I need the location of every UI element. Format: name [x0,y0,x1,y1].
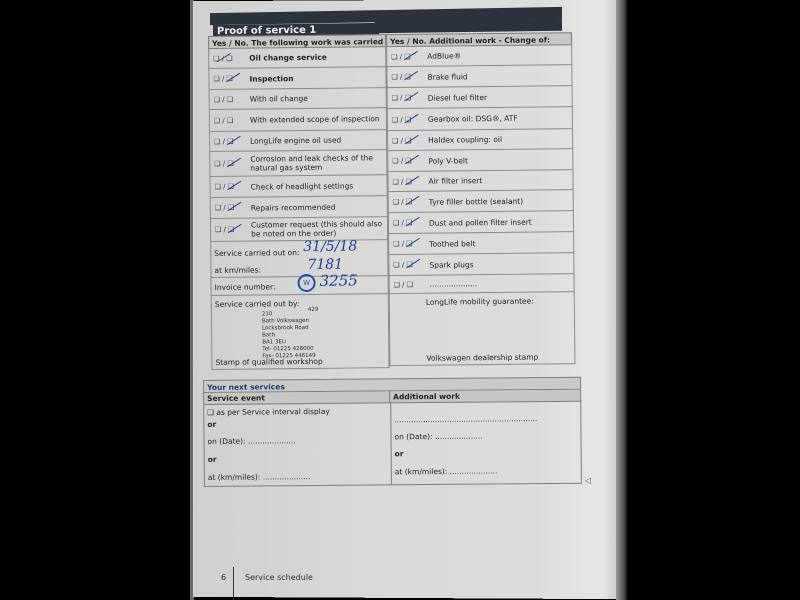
additional-work-item-label: Tyre filler bottle (sealant) [421,196,523,206]
invoice-field[interactable]: Invoice number: W 3255 [211,276,389,296]
invoice-value: 3255 [319,271,357,289]
additional-work-item-label: Toothed belt [421,239,475,249]
additional-work-item-row: ❑ / ❑AdBlue® [386,45,572,67]
work-carried-out-column: Yes / No. The following work was carried… [208,34,389,370]
yes-no-checkbox[interactable]: ❑ / ❑ [214,95,242,103]
service-date-value: 31/5/18 [303,238,357,255]
additional-work-item-row: ❑ / ❑Air filter insert [387,170,573,192]
yes-no-checkbox[interactable]: ❑ / ❑ [391,73,419,81]
footer-divider [233,567,234,600]
additional-work-item-row: ❑ / ❑Diesel fuel filter [387,86,573,109]
yes-no-checkbox[interactable]: ❑ / ❑ [392,115,420,123]
service-date-label: Service carried out on: [214,248,299,258]
work-item-label: Check of headlight settings [243,181,354,191]
carried-out-by-label: Service carried out by: [215,299,300,309]
yes-no-checkbox[interactable]: ❑ / ❑ [392,177,420,185]
additional-work-item-row: ❑ / ❑Spark plugs [388,253,574,276]
yes-no-checkbox[interactable]: ❑ / ❑ [392,136,420,144]
next-km-field[interactable]: at (km/miles): .................... [208,472,311,482]
workshop-stamp-lines: Bath Volkswagen Locksbrook Road Bath BA1… [262,318,316,361]
additional-work-item-row: ❑ / ❑Poly V-belt [387,149,573,172]
yes-no-checkbox[interactable]: ❑ / ❑ [392,94,420,102]
handwritten-tick-icon [222,149,241,167]
additional-work-item-row: ❑ / ❑.................... [389,274,575,294]
yes-no-checkbox[interactable]: ❑ / ❑ [394,280,422,288]
yes-no-checkbox[interactable]: ❑ / ❑ [393,198,421,206]
next-services-table: Your next services Service event Additio… [203,377,582,487]
yes-no-checkbox[interactable]: ❑ / ❑ [213,54,241,62]
work-item-label: LongLife engine oil used [242,136,341,146]
service-date-field[interactable]: Service carried out on: 31/5/18 at km/mi… [210,240,388,278]
dealer-stamp-area: LongLife mobility guarantee: Volkswagen … [389,292,576,366]
longlife-guarantee-label: LongLife mobility guarantee: [426,297,534,307]
work-item-label: With oil change [242,94,308,104]
additional-work-item-label: Dust and pollen filter insert [421,217,532,227]
yes-no-checkbox[interactable]: ❑ / ❑ [213,75,241,83]
stamp-label: Stamp of qualified workshop [215,357,322,367]
or-label: or [208,455,217,464]
additional-work-item-row: ❑ / ❑Brake fluid [386,65,572,88]
additional-work-item-label: Haldex coupling: oil [420,135,502,145]
work-item-label: With extended scope of inspection [242,114,380,124]
additional-work-item-row: ❑ / ❑Toothed belt [388,232,574,255]
additional-work-item-label: Air filter insert [420,176,482,186]
additional-work-item-label: AdBlue® [419,51,461,60]
yes-no-checkbox[interactable]: ❑ / ❑ [393,261,421,269]
additional-work-item-label: .................... [422,279,478,289]
additional-work-field[interactable]: ........................................… [394,414,537,424]
additional-work-cell: ........................................… [391,402,581,485]
stamp-code-right: 429 [308,307,319,314]
or-label: or [395,449,404,458]
additional-work-column: Yes / No. Additional work - Change of: ❑… [386,32,575,366]
work-item-label: Corrosion and leak checks of the natural… [242,153,386,173]
next-services-body: ❑ as per Service interval display or on … [203,402,582,487]
additional-work-item-row: ❑ / ❑Dust and pollen filter insert [388,211,574,234]
page-shadow [616,0,628,600]
additional-work-item-label: Spark plugs [421,260,473,270]
yes-no-checkbox[interactable]: ❑ / ❑ [393,240,421,248]
work-item-row: ❑ / ❑With oil change [209,88,387,110]
work-item-row: ❑ / ❑Inspection [208,67,386,90]
dealer-stamp-label: Volkswagen dealership stamp [426,353,538,363]
work-item-label: Oil change service [241,53,327,63]
page-number: 6 [221,573,226,582]
page-turn-arrow-icon: ◁ [585,476,591,485]
additional-work-item-row: ❑ / ❑Gearbox oil: DSG®, ATF [387,107,573,131]
work-item-label: Repairs recommended [243,202,336,212]
work-item-label: Customer request (this should also be no… [243,219,387,239]
yes-no-checkbox[interactable]: ❑ / ❑ [215,183,243,191]
additional-work-item-label: Gearbox oil: DSG®, ATF [420,114,518,124]
additional-work-header: Additional work [390,391,460,403]
or-label: or [207,420,216,429]
yes-no-checkbox[interactable]: ❑ / ❑ [391,52,419,60]
yes-no-checkbox[interactable]: ❑ / ❑ [393,219,421,227]
invoice-label: Invoice number: [215,282,276,292]
vw-logo-stamp-icon: W [297,274,315,292]
workshop-stamp-area: Service carried out by: 210 429 Bath Vol… [211,294,390,370]
yes-no-checkbox[interactable]: ❑ / ❑ [392,157,420,165]
yes-no-checkbox[interactable]: ❑ / ❑ [214,116,242,124]
handwritten-tick-icon [222,215,241,233]
km-label: at km/miles: [214,265,261,274]
additional-work-item-label: Poly V-belt [420,156,468,165]
next-date-field[interactable]: on (Date): .................... [207,436,295,446]
additional-km-field[interactable]: at (km/miles): .................... [395,466,498,476]
footer-section-title: Service schedule [245,573,313,582]
work-item-row: ❑ / ❑Customer request (this should also … [210,217,388,242]
interval-display-option[interactable]: ❑ as per Service interval display [207,407,330,417]
additional-work-item-row: ❑ / ❑Haldex coupling: oil [387,129,573,151]
stamp-line: Locksbrook Road [262,325,315,333]
additional-work-item-row: ❑ / ❑Tyre filler bottle (sealant) [388,190,574,213]
yes-no-checkbox[interactable]: ❑ / ❑ [215,226,243,234]
work-item-label: Inspection [241,74,293,84]
yes-no-checkbox[interactable]: ❑ / ❑ [214,137,242,145]
km-value: 7181 [307,257,343,273]
service-event-cell: ❑ as per Service interval display or on … [204,403,392,486]
service-event-header: Service event [204,391,390,404]
additional-work-item-label: Brake fluid [419,72,467,82]
yes-no-checkbox[interactable]: ❑ / ❑ [214,160,242,168]
yes-no-checkbox[interactable]: ❑ / ❑ [215,204,243,212]
additional-work-item-label: Diesel fuel filter [420,93,487,103]
additional-date-field[interactable]: on (Date): .................... [394,432,482,442]
work-item-row: ❑ / ❑LongLife engine oil used [209,130,387,152]
